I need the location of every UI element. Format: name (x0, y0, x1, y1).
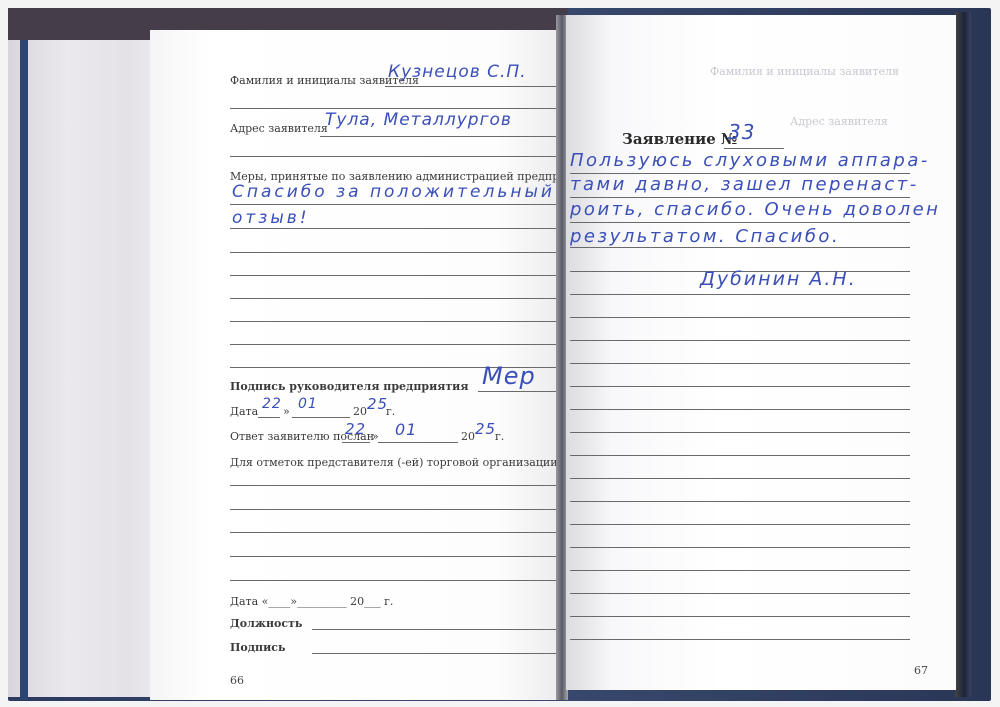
measures-value-line1: Спасибо за положительный (232, 182, 555, 202)
cover-edge-right (955, 12, 971, 697)
statement-body-line-3: роить, спасибо. Очень доволен (570, 199, 940, 220)
date-day: 22 (262, 396, 282, 412)
reply-suffix: г. (495, 430, 504, 443)
manager-signature-value: Мер (482, 362, 536, 390)
applicant-name-value: Кузнецов С.П. (388, 62, 527, 82)
date-quote: » (283, 405, 290, 418)
position-label: Должность (230, 617, 302, 630)
statement-number: 33 (728, 120, 755, 144)
statement-signature: Дубинин А.Н. (700, 268, 857, 290)
date-suffix: г. (386, 405, 395, 418)
rep-marks-label: Для отметок представителя (-ей) торговой… (230, 456, 558, 469)
statement-body-line-2: тами давно, зашел перенаст- (570, 174, 919, 195)
signature-label: Подпись (230, 641, 285, 654)
address-label: Адрес заявителя (230, 122, 328, 135)
bottom-date-label: Дата «____»_________ 20___ г. (230, 595, 393, 608)
right-page (566, 15, 956, 690)
cover-edge (20, 40, 28, 700)
date-year-prefix: 20 (353, 405, 367, 418)
date-year-suffix: 25 (367, 395, 388, 413)
page-number-left: 66 (230, 674, 244, 687)
reply-year-suffix: 25 (475, 420, 496, 438)
reply-month: 01 (395, 420, 417, 439)
page-number-right: 67 (914, 664, 928, 677)
date-label: Дата (230, 405, 258, 418)
statement-body-line-1: Пользуюсь слуховыми аппара- (570, 150, 930, 171)
manager-signature-label: Подпись руководителя предприятия (230, 380, 468, 393)
measures-value-line2: отзыв! (232, 208, 310, 228)
reply-year-prefix: 20 (461, 430, 475, 443)
statement-body-line-4: результатом. Спасибо. (570, 226, 840, 247)
reply-day: 22 (345, 420, 366, 438)
date-month: 01 (298, 396, 318, 412)
address-value: Тула, Металлургов (325, 110, 512, 130)
statement-title-label: Заявление № (622, 130, 737, 148)
